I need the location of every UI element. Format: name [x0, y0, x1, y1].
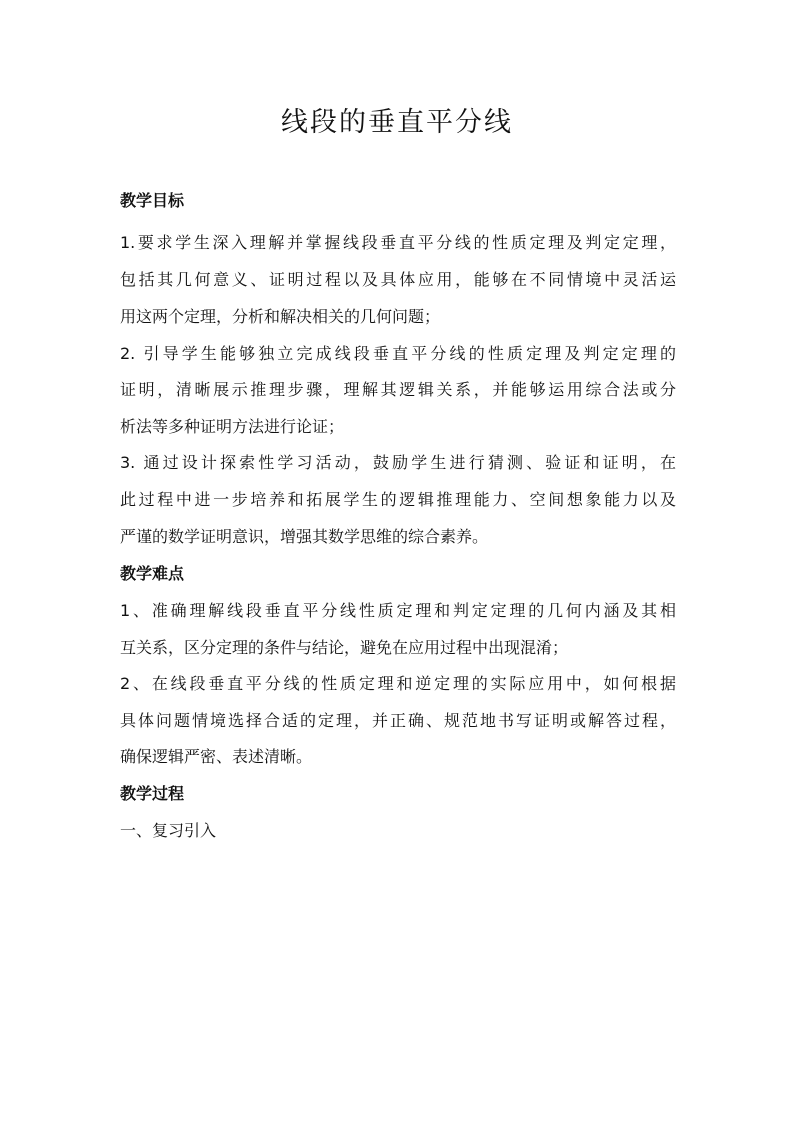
- section-heading-objectives: 教学目标: [120, 191, 676, 211]
- objective-1-line-3: 用这两个定理，分析和解决相关的几何问题；: [120, 307, 676, 327]
- difficulty-2-line-2: 具体问题情境选择合适的定理，并正确、规范地书写证明或解答过程，: [120, 711, 676, 731]
- objective-2-line-3: 析法等多种证明方法进行论证；: [120, 417, 676, 437]
- difficulty-1-line-2: 互关系，区分定理的条件与结论，避免在应用过程中出现混淆；: [120, 638, 676, 658]
- objective-3-line-1: 3. 通过设计探索性学习活动，鼓励学生进行猜测、验证和证明，在: [120, 453, 676, 473]
- section-heading-difficulties: 教学难点: [120, 564, 676, 584]
- section-heading-process: 教学过程: [120, 784, 676, 804]
- objective-3-line-2: 此过程中进一步培养和拓展学生的逻辑推理能力、空间想象能力以及: [120, 490, 676, 510]
- difficulty-2-line-1: 2、在线段垂直平分线的性质定理和逆定理的实际应用中，如何根据: [120, 674, 676, 694]
- difficulty-1-line-1: 1、准确理解线段垂直平分线性质定理和判定定理的几何内涵及其相: [120, 601, 676, 621]
- document-title: 线段的垂直平分线: [0, 100, 794, 139]
- objective-1-line-1: 1.要求学生深入理解并掌握线段垂直平分线的性质定理及判定定理，: [120, 233, 676, 253]
- objective-2-line-2: 证明，清晰展示推理步骤，理解其逻辑关系，并能够运用综合法或分: [120, 380, 676, 400]
- difficulty-2-line-3: 确保逻辑严密、表述清晰。: [120, 747, 676, 767]
- process-subheading-review: 一、复习引入: [120, 821, 676, 841]
- objective-1-line-2: 包括其几何意义、证明过程以及具体应用，能够在不同情境中灵活运: [120, 270, 676, 290]
- document-page: 线段的垂直平分线 教学目标 1.要求学生深入理解并掌握线段垂直平分线的性质定理及…: [0, 0, 794, 1123]
- objective-3-line-3: 严谨的数学证明意识，增强其数学思维的综合素养。: [120, 527, 676, 547]
- objective-2-line-1: 2. 引导学生能够独立完成线段垂直平分线的性质定理及判定定理的: [120, 344, 676, 364]
